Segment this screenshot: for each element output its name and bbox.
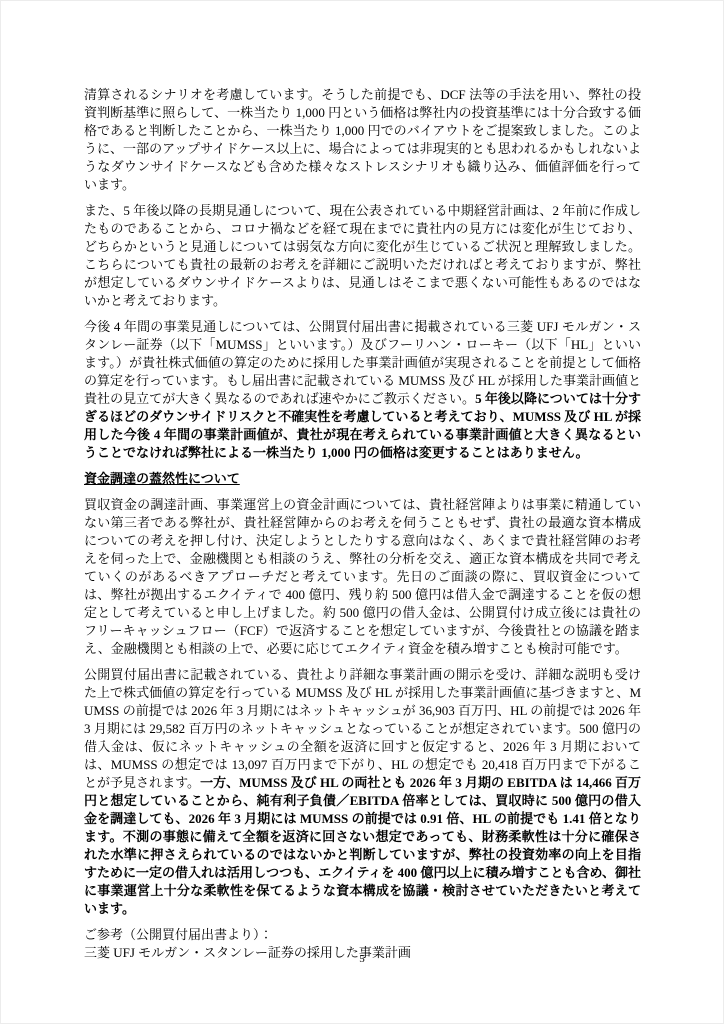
paragraph: 買収資金の調達計画、事業運営上の資金計画については、貴社経営陣よりは事業に精通し… [84,496,641,658]
paragraph: 今後 4 年間の事業見通しについては、公開買付届出書に掲載されている三菱 UFJ… [84,318,641,462]
text-run: 一方、MUMSS 及び HL の両社とも 2026 年 3 月期の EBITDA… [84,775,641,916]
document-body: 清算されるシナリオを考慮しています。そうした前提でも、DCF 法等の手法を用い、… [84,86,641,970]
text-run: 清算されるシナリオを考慮しています。そうした前提でも、DCF 法等の手法を用い、… [84,87,641,192]
text-run: 公開買付届出書に記載されている、貴社より詳細な事業計画の開示を受け、詳細な説明も… [84,667,641,790]
text-run: また、5 年後以降の長期見通しについて、現在公表されている中期経営計画は、2 年… [84,203,641,308]
section-heading: 資金調達の蓋然性について [84,470,641,488]
page-number: 5 [0,953,724,965]
paragraph: また、5 年後以降の長期見通しについて、現在公表されている中期経営計画は、2 年… [84,202,641,310]
document-page: 清算されるシナリオを考慮しています。そうした前提でも、DCF 法等の手法を用い、… [0,0,724,1024]
text-run: ご参考（公開買付届出書より）： [84,927,273,942]
paragraph: 清算されるシナリオを考慮しています。そうした前提でも、DCF 法等の手法を用い、… [84,86,641,194]
text-run: 買収資金の調達計画、事業運営上の資金計画については、貴社経営陣よりは事業に精通し… [84,497,641,656]
text-run: 資金調達の蓋然性について [84,471,240,486]
paragraph: 公開買付届出書に記載されている、貴社より詳細な事業計画の開示を受け、詳細な説明も… [84,666,641,918]
